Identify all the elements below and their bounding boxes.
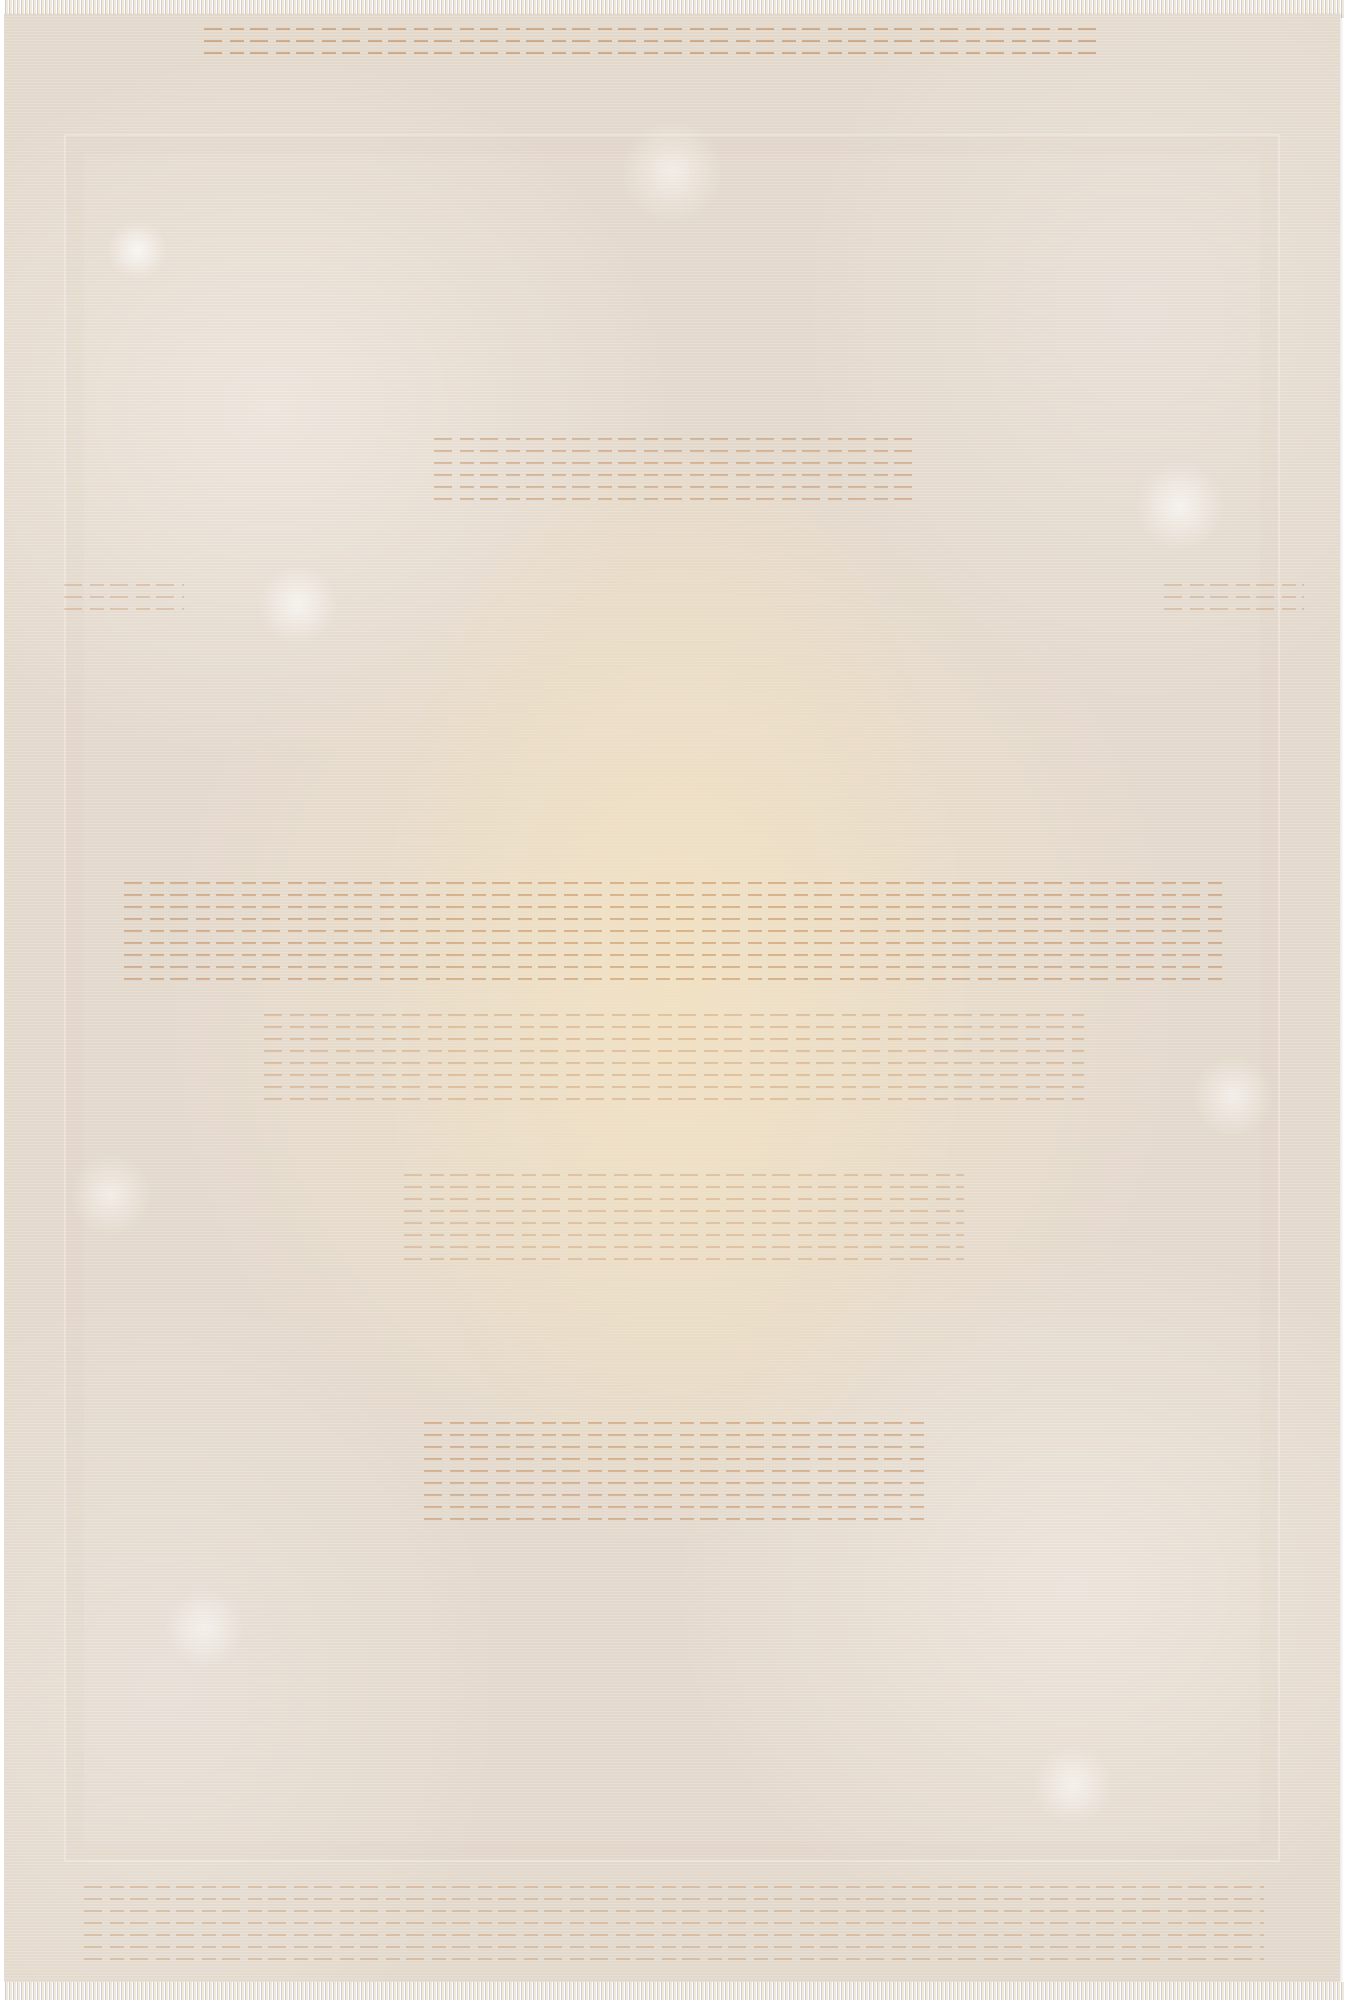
rug-white-highlights (4, 14, 1340, 1982)
rug (4, 14, 1340, 1982)
product-image-canvas (0, 0, 1366, 2000)
bottom-fringe (4, 1982, 1344, 2000)
